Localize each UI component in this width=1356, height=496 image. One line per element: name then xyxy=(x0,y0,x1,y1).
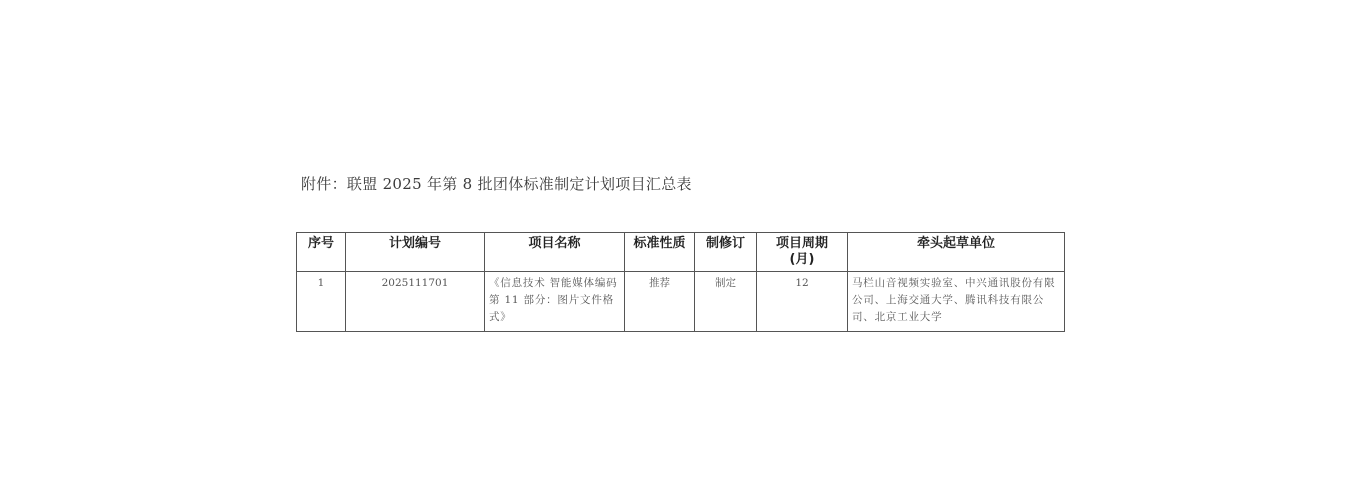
cell-revision: 制定 xyxy=(695,272,757,332)
cell-project-name: 《信息技术 智能媒体编码 第 11 部分：图片文件格式》 xyxy=(485,272,625,332)
cell-index: 1 xyxy=(297,272,346,332)
header-period-line2: (月) xyxy=(757,252,847,268)
header-index: 序号 xyxy=(297,233,346,272)
header-nature: 标准性质 xyxy=(625,233,695,272)
standards-plan-table: 序号 计划编号 项目名称 标准性质 制修订 项目周期 (月) 牵头起草单位 1 … xyxy=(296,232,1065,332)
header-project-name: 项目名称 xyxy=(485,233,625,272)
header-period: 项目周期 (月) xyxy=(757,233,848,272)
document-title: 附件：联盟 2025 年第 8 批团体标准制定计划项目汇总表 xyxy=(301,173,692,194)
header-lead-units: 牵头起草单位 xyxy=(848,233,1065,272)
table-row: 1 2025111701 《信息技术 智能媒体编码 第 11 部分：图片文件格式… xyxy=(297,272,1065,332)
header-revision: 制修订 xyxy=(695,233,757,272)
cell-nature: 推荐 xyxy=(625,272,695,332)
cell-period: 12 xyxy=(757,272,848,332)
table-header-row: 序号 计划编号 项目名称 标准性质 制修订 项目周期 (月) 牵头起草单位 xyxy=(297,233,1065,272)
header-plan-number: 计划编号 xyxy=(346,233,485,272)
cell-lead-units: 马栏山音视频实验室、中兴通讯股份有限公司、上海交通大学、腾讯科技有限公司、北京工… xyxy=(848,272,1065,332)
cell-plan-number: 2025111701 xyxy=(346,272,485,332)
header-period-line1: 项目周期 xyxy=(757,236,847,252)
